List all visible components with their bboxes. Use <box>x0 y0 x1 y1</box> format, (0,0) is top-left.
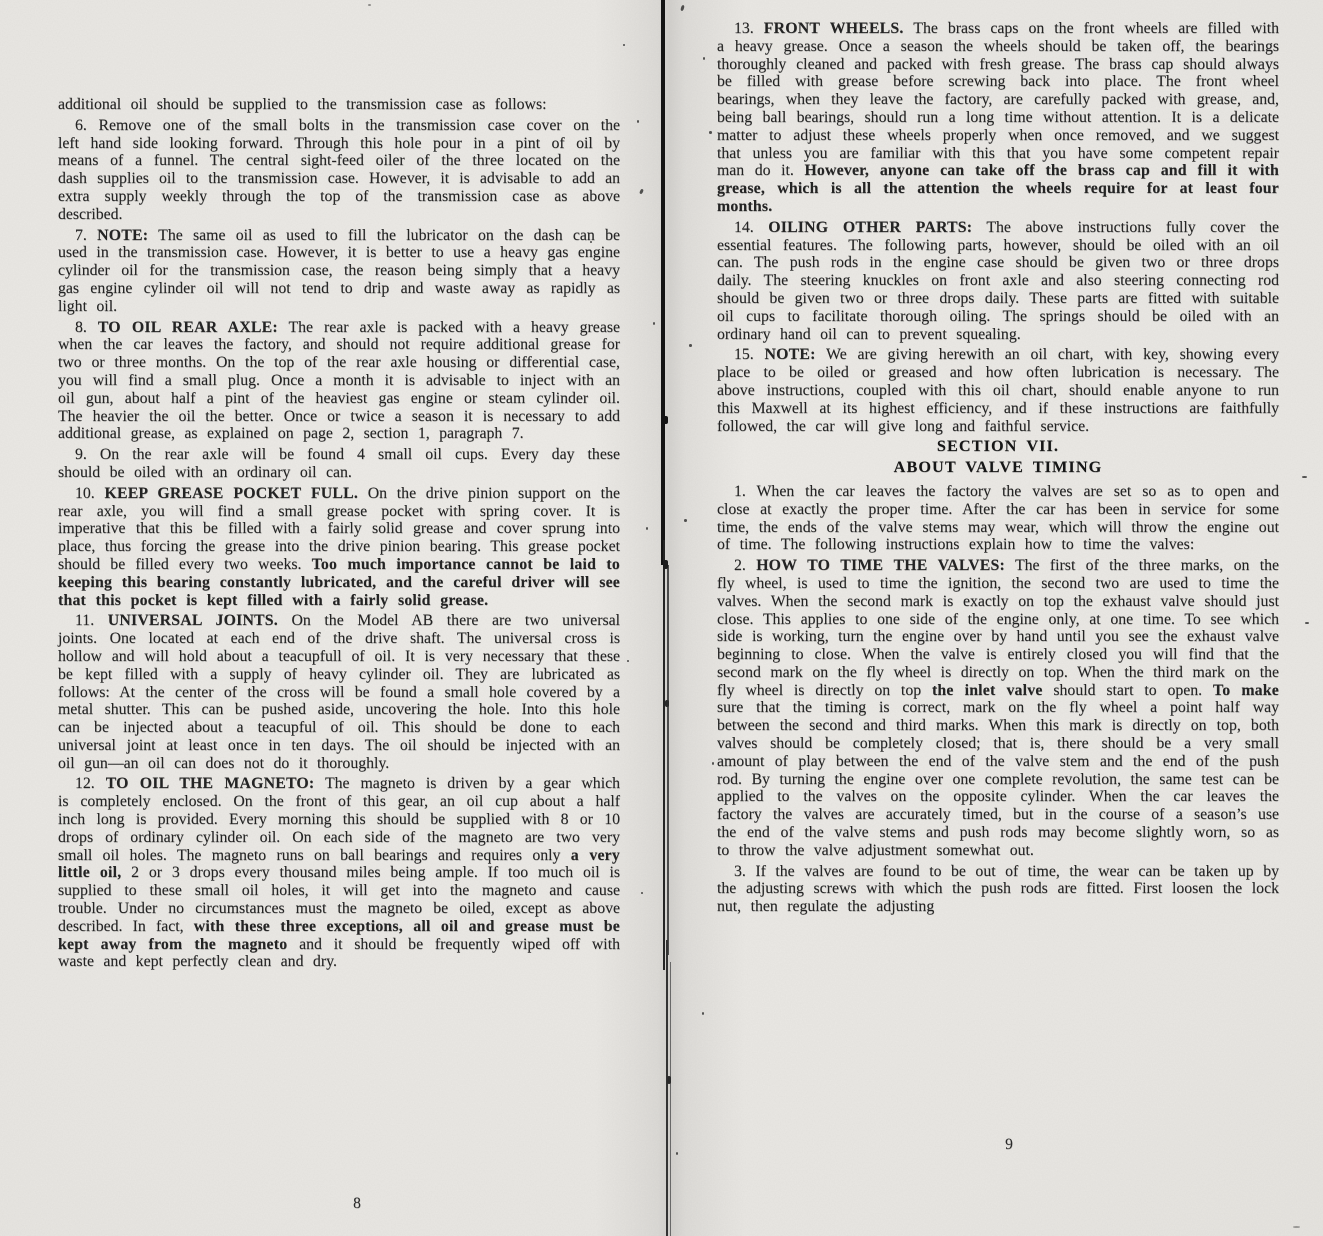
paragraph-9: 9. On the rear axle will be found 4 smal… <box>58 446 620 482</box>
section-subheading: ABOUT VALVE TIMING <box>717 459 1279 477</box>
scanned-book-spread: additional oil should be supplied to the… <box>0 0 1323 1236</box>
gutter-knot <box>665 700 669 707</box>
page-number-8: 8 <box>76 1195 638 1213</box>
paragraph-10-keep-grease-pocket-full: 10. KEEP GREASE POCKET FULL. On the driv… <box>58 485 620 610</box>
paragraph-6: 6. Remove one of the small bolts in the … <box>58 117 620 224</box>
paragraph-14-oiling-other-parts: 14. OILING OTHER PARTS: The above instru… <box>717 219 1279 344</box>
paragraph-7-note: 7. NOTE: The same oil as used to fill th… <box>58 227 620 316</box>
gutter-knot <box>663 416 668 424</box>
paragraph-13-front-wheels: 13. FRONT WHEELS. The brass caps on the … <box>717 20 1279 216</box>
paragraph-3-adjusting: 3. If the valves are found to be out of … <box>717 863 1279 916</box>
gutter-line <box>666 940 668 1236</box>
gutter-line <box>661 0 665 565</box>
paragraph-1-valves-set: 1. When the car leaves the factory the v… <box>717 483 1279 554</box>
page-8-text-column: additional oil should be supplied to the… <box>58 96 620 974</box>
page-number-9: 9 <box>728 1136 1290 1154</box>
page-9-text-column: 13. FRONT WHEELS. The brass caps on the … <box>717 20 1279 919</box>
gutter-line <box>670 962 671 1236</box>
gutter-knot <box>667 1076 671 1084</box>
paragraph-12-to-oil-the-magneto: 12. TO OIL THE MAGNETO: The magneto is d… <box>58 775 620 971</box>
paragraph-15-note: 15. NOTE: We are giving herewith an oil … <box>717 346 1279 435</box>
paragraph-8-to-oil-rear-axle: 8. TO OIL REAR AXLE: The rear axle is pa… <box>58 319 620 444</box>
gutter-line <box>667 565 669 955</box>
gutter-knot <box>663 560 668 569</box>
paragraph-11-universal-joints: 11. UNIVERSAL JOINTS. On the Model AB th… <box>58 612 620 772</box>
section-heading: SECTION VII. <box>717 438 1279 456</box>
gutter-line <box>663 540 665 970</box>
paragraph-2-how-to-time-the-valves: 2. HOW TO TIME THE VALVES: The first of … <box>717 557 1279 860</box>
paragraph-continuation: additional oil should be supplied to the… <box>58 96 620 114</box>
